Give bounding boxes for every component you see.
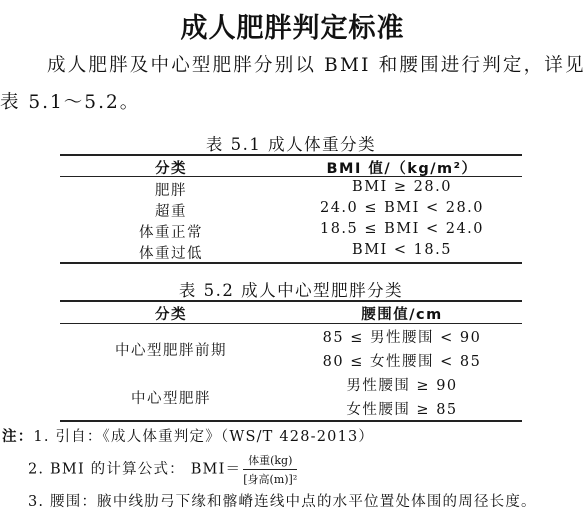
table1-row-category: 体重正常 — [60, 221, 282, 242]
table1-header-rule — [60, 176, 522, 177]
table1-header-bmi: BMI 值/（kg/m²） — [282, 157, 522, 178]
table1-row-category: 超重 — [60, 200, 282, 221]
table1-bottom-rule — [60, 262, 522, 264]
table1-row-category: 肥胖 — [60, 179, 282, 200]
note-2-text: 2. BMI 的计算公式： BMI＝ — [28, 462, 241, 478]
table2-group-category: 中心型肥胖 — [60, 387, 282, 408]
table1-top-rule — [60, 154, 522, 156]
table1-row-category: 体重过低 — [60, 242, 282, 263]
page-title: 成人肥胖判定标准 — [0, 6, 585, 45]
table1-row-value: 18.5 ≤ BMI < 24.0 — [282, 221, 522, 237]
formula-denominator: [身高(m)]² — [243, 470, 297, 487]
intro-paragraph-line-1: 成人肥胖及中心型肥胖分别以 BMI 和腰围进行判定，详见 — [47, 51, 585, 77]
intro-paragraph-line-2: 表 5.1～5.2。 — [0, 88, 140, 114]
table1-row-value: BMI ≥ 28.0 — [282, 179, 522, 195]
table2-header-rule — [60, 323, 522, 324]
table2-header-waist: 腰围值/cm — [282, 303, 522, 324]
table2-group-value: 85 ≤ 男性腰围 < 90 — [282, 326, 522, 347]
note-label: 注： — [2, 429, 33, 445]
table1-caption: 表 5.1 成人体重分类 — [60, 131, 522, 155]
table2-group-value: 女性腰围 ≥ 85 — [282, 398, 522, 419]
table2-group-category: 中心型肥胖前期 — [60, 339, 282, 360]
table2-group-value: 80 ≤ 女性腰围 < 85 — [282, 350, 522, 371]
note-2: 2. BMI 的计算公式： BMI＝体重(kg)[身高(m)]² — [28, 452, 297, 487]
table2-bottom-rule — [60, 420, 522, 422]
table2-top-rule — [60, 300, 522, 302]
table2-caption: 表 5.2 成人中心型肥胖分类 — [60, 277, 522, 301]
table2-group-value: 男性腰围 ≥ 90 — [282, 374, 522, 395]
note-1: 注：1. 引自：《成人体重判定》（WS/T 428-2013） — [2, 425, 374, 446]
note-3: 3. 腰围：腋中线肋弓下缘和髂嵴连线中点的水平位置处体围的周径长度。 — [28, 490, 537, 511]
formula-numerator: 体重(kg) — [243, 452, 297, 470]
note-1-text: 1. 引自：《成人体重判定》（WS/T 428-2013） — [33, 429, 374, 445]
table2-header-category: 分类 — [60, 303, 282, 324]
bmi-formula-fraction: 体重(kg)[身高(m)]² — [243, 452, 297, 487]
table1-header-category: 分类 — [60, 157, 282, 178]
table1-row-value: BMI < 18.5 — [282, 242, 522, 258]
table1-row-value: 24.0 ≤ BMI < 28.0 — [282, 200, 522, 216]
